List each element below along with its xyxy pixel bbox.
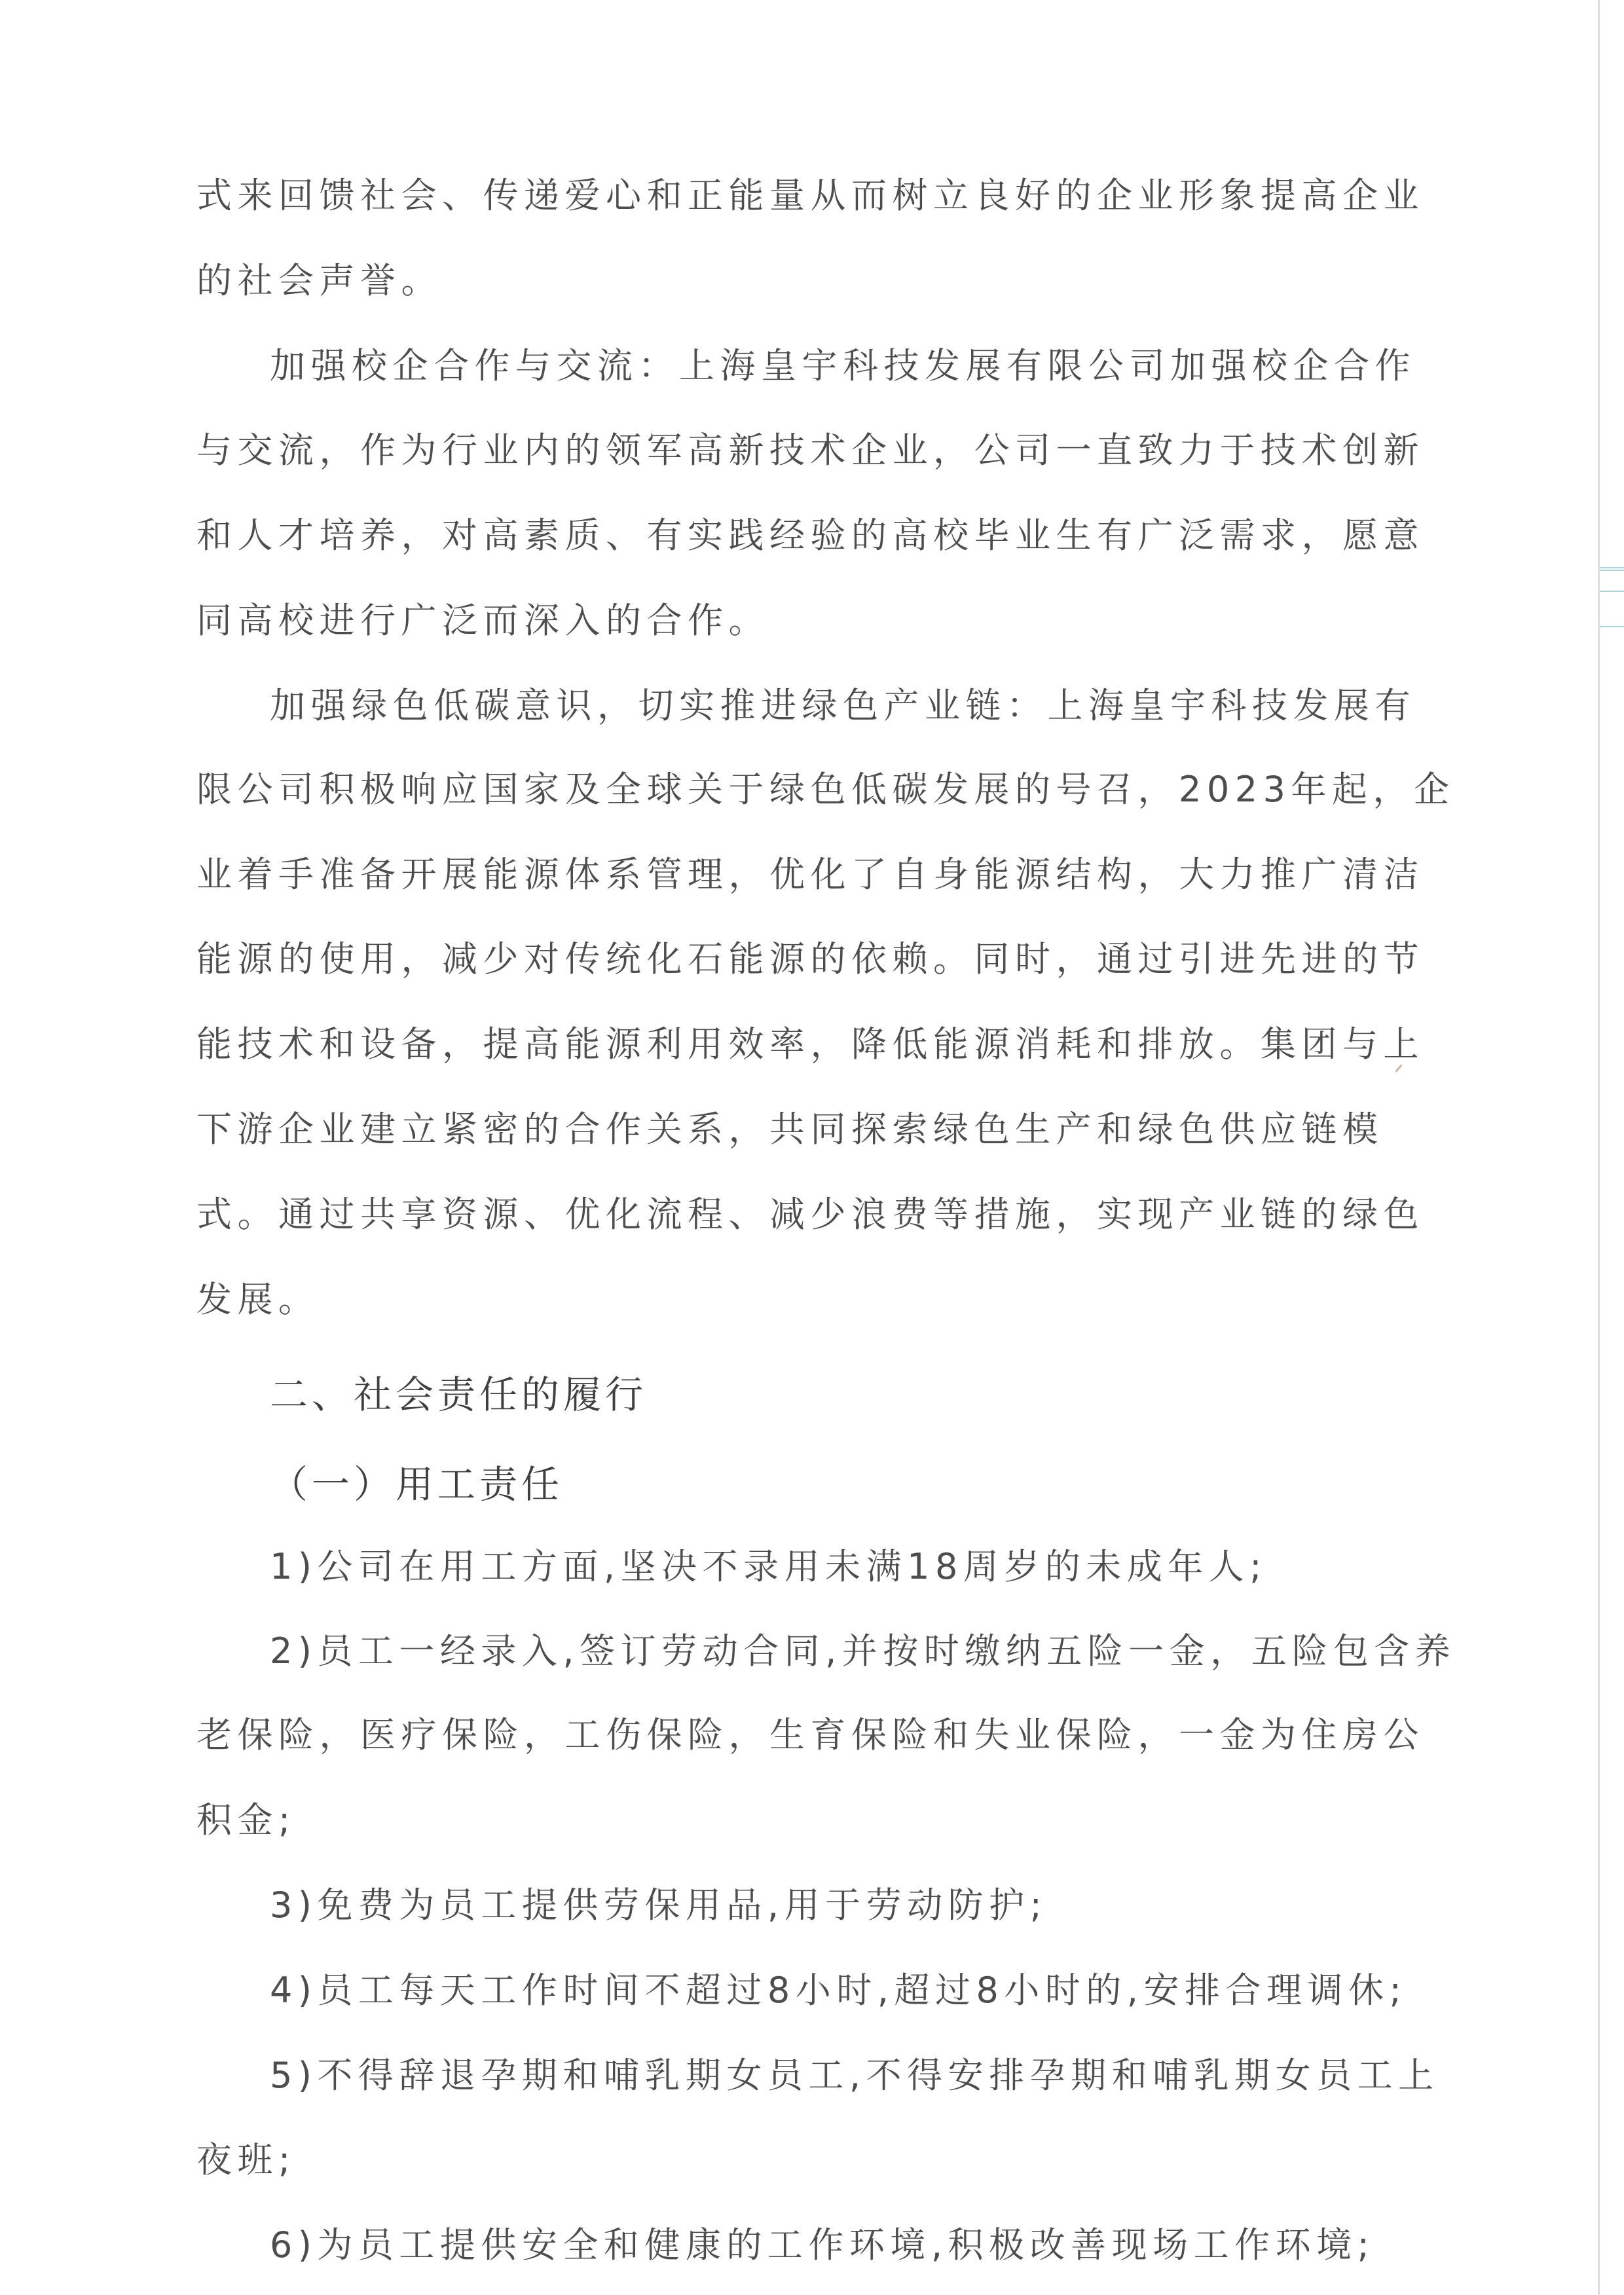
page-edge-tick xyxy=(1600,567,1624,568)
text-line: 下游企业建立紧密的合作关系，共同探索绿色生产和绿色供应链模 xyxy=(196,1110,1384,1149)
text-line: 能源的使用，减少对传统化石能源的依赖。同时，通过引进先进的节 xyxy=(196,940,1424,979)
text-line: 与交流，作为行业内的领军高新技术企业，公司一直致力于技术创新 xyxy=(196,431,1424,470)
page-edge-tick xyxy=(1600,626,1624,627)
list-item: 4)员工每天工作时间不超过8小时,超过8小时的,安排合理调休; xyxy=(270,1971,1407,2010)
paragraph-start-line: 加强校企合作与交流：上海皇宇科技发展有限公司加强校企合作 xyxy=(270,346,1416,386)
paragraph-start-line: 加强绿色低碳意识，切实推进绿色产业链：上海皇宇科技发展有 xyxy=(270,686,1416,725)
list-item: 3)免费为员工提供劳保用品,用于劳动防护; xyxy=(270,1886,1047,1925)
text-line: 和人才培养，对高素质、有实践经验的高校毕业生有广泛需求，愿意 xyxy=(196,516,1424,555)
text-line: 发展。 xyxy=(196,1280,320,1319)
text-line: 业着手准备开展能源体系管理，优化了自身能源结构，大力推广清洁 xyxy=(196,855,1424,894)
text-line: 夜班; xyxy=(196,2140,296,2180)
list-item: 6)为员工提供安全和健康的工作环境,积极改善现场工作环境; xyxy=(270,2226,1375,2265)
text-line: 式来回馈社会、传递爱心和正能量从而树立良好的企业形象提高企业 xyxy=(196,176,1424,215)
page-edge-tick xyxy=(1600,591,1624,592)
section-heading: 二、社会责任的履行 xyxy=(270,1375,647,1414)
text-line: 的社会声誉。 xyxy=(196,261,442,301)
text-line: 能技术和设备，提高能源利用效率，降低能源消耗和排放。集团与上 xyxy=(196,1025,1424,1064)
text-line: 积金; xyxy=(196,1801,296,1840)
list-item: 5)不得辞退孕期和哺乳期女员工,不得安排孕期和哺乳期女员工上 xyxy=(270,2056,1439,2095)
scan-speck xyxy=(1395,1064,1402,1073)
subsection-heading: （一）用工责任 xyxy=(270,1465,563,1504)
page-edge-line xyxy=(1598,0,1600,2295)
list-item: 2)员工一经录入,签订劳动合同,并按时缴纳五险一金，五险包含养 xyxy=(270,1632,1456,1671)
text-line: 式。通过共享资源、优化流程、减少浪费等措施，实现产业链的绿色 xyxy=(196,1195,1424,1234)
text-line: 限公司积极响应国家及全球关于绿色低碳发展的号召，2023年起，企 xyxy=(196,770,1454,809)
page-edge-tick xyxy=(1600,570,1624,571)
text-line: 同高校进行广泛而深入的合作。 xyxy=(196,601,769,640)
text-line: 老保险，医疗保险，工伤保险，生育保险和失业保险，一金为住房公 xyxy=(196,1716,1424,1755)
list-item: 1)公司在用工方面,坚决不录用未满18周岁的未成年人; xyxy=(270,1547,1267,1587)
